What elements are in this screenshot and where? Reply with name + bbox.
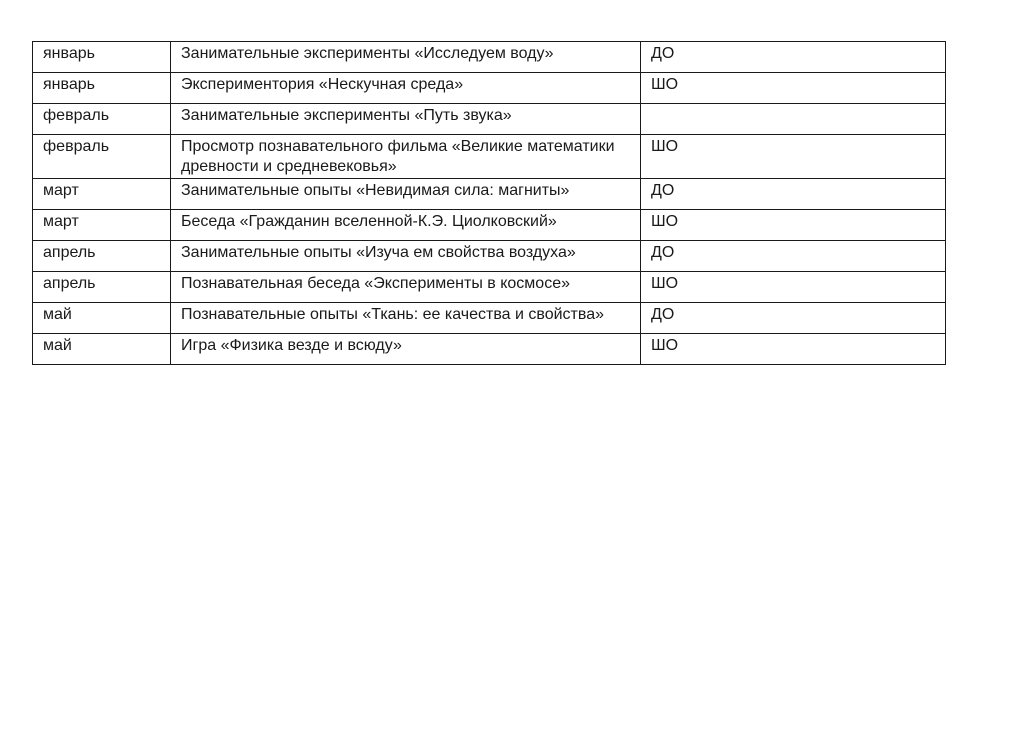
table-row: январь Занимательные эксперименты «Иссле… xyxy=(33,42,946,73)
event-cell: Занимательные опыты «Невидимая сила: маг… xyxy=(171,179,641,210)
group-cell: ШО xyxy=(641,272,946,303)
group-cell: ШО xyxy=(641,135,946,179)
month-cell: февраль xyxy=(33,104,171,135)
month-cell: февраль xyxy=(33,135,171,179)
event-cell: Просмотр познавательного фильма «Великие… xyxy=(171,135,641,179)
group-cell: ДО xyxy=(641,179,946,210)
event-cell: Игра «Физика везде и всюду» xyxy=(171,334,641,365)
month-cell: май xyxy=(33,334,171,365)
month-cell: март xyxy=(33,179,171,210)
group-cell: ДО xyxy=(641,241,946,272)
event-cell: Занимательные эксперименты «Путь звука» xyxy=(171,104,641,135)
table-row: март Занимательные опыты «Невидимая сила… xyxy=(33,179,946,210)
table-row: май Игра «Физика везде и всюду» ШО xyxy=(33,334,946,365)
group-cell: ДО xyxy=(641,303,946,334)
month-cell: март xyxy=(33,210,171,241)
event-cell: Занимательные опыты «Изуча ем свойства в… xyxy=(171,241,641,272)
group-cell: ДО xyxy=(641,42,946,73)
month-cell: май xyxy=(33,303,171,334)
events-schedule-table: январь Занимательные эксперименты «Иссле… xyxy=(32,41,946,365)
group-cell xyxy=(641,104,946,135)
event-cell: Познавательная беседа «Эксперименты в ко… xyxy=(171,272,641,303)
event-cell: Познавательные опыты «Ткань: ее качества… xyxy=(171,303,641,334)
month-cell: январь xyxy=(33,73,171,104)
table-row: март Беседа «Гражданин вселенной-К.Э. Ци… xyxy=(33,210,946,241)
event-cell: Беседа «Гражданин вселенной-К.Э. Циолков… xyxy=(171,210,641,241)
table-row: февраль Просмотр познавательного фильма … xyxy=(33,135,946,179)
month-cell: апрель xyxy=(33,272,171,303)
month-cell: апрель xyxy=(33,241,171,272)
event-cell: Занимательные эксперименты «Исследуем во… xyxy=(171,42,641,73)
table-row: февраль Занимательные эксперименты «Путь… xyxy=(33,104,946,135)
group-cell: ШО xyxy=(641,73,946,104)
table-row: апрель Познавательная беседа «Эксперимен… xyxy=(33,272,946,303)
table-row: май Познавательные опыты «Ткань: ее каче… xyxy=(33,303,946,334)
month-cell: январь xyxy=(33,42,171,73)
group-cell: ШО xyxy=(641,210,946,241)
group-cell: ШО xyxy=(641,334,946,365)
table-row: апрель Занимательные опыты «Изуча ем сво… xyxy=(33,241,946,272)
event-cell: Экспериментория «Нескучная среда» xyxy=(171,73,641,104)
table-row: январь Экспериментория «Нескучная среда»… xyxy=(33,73,946,104)
